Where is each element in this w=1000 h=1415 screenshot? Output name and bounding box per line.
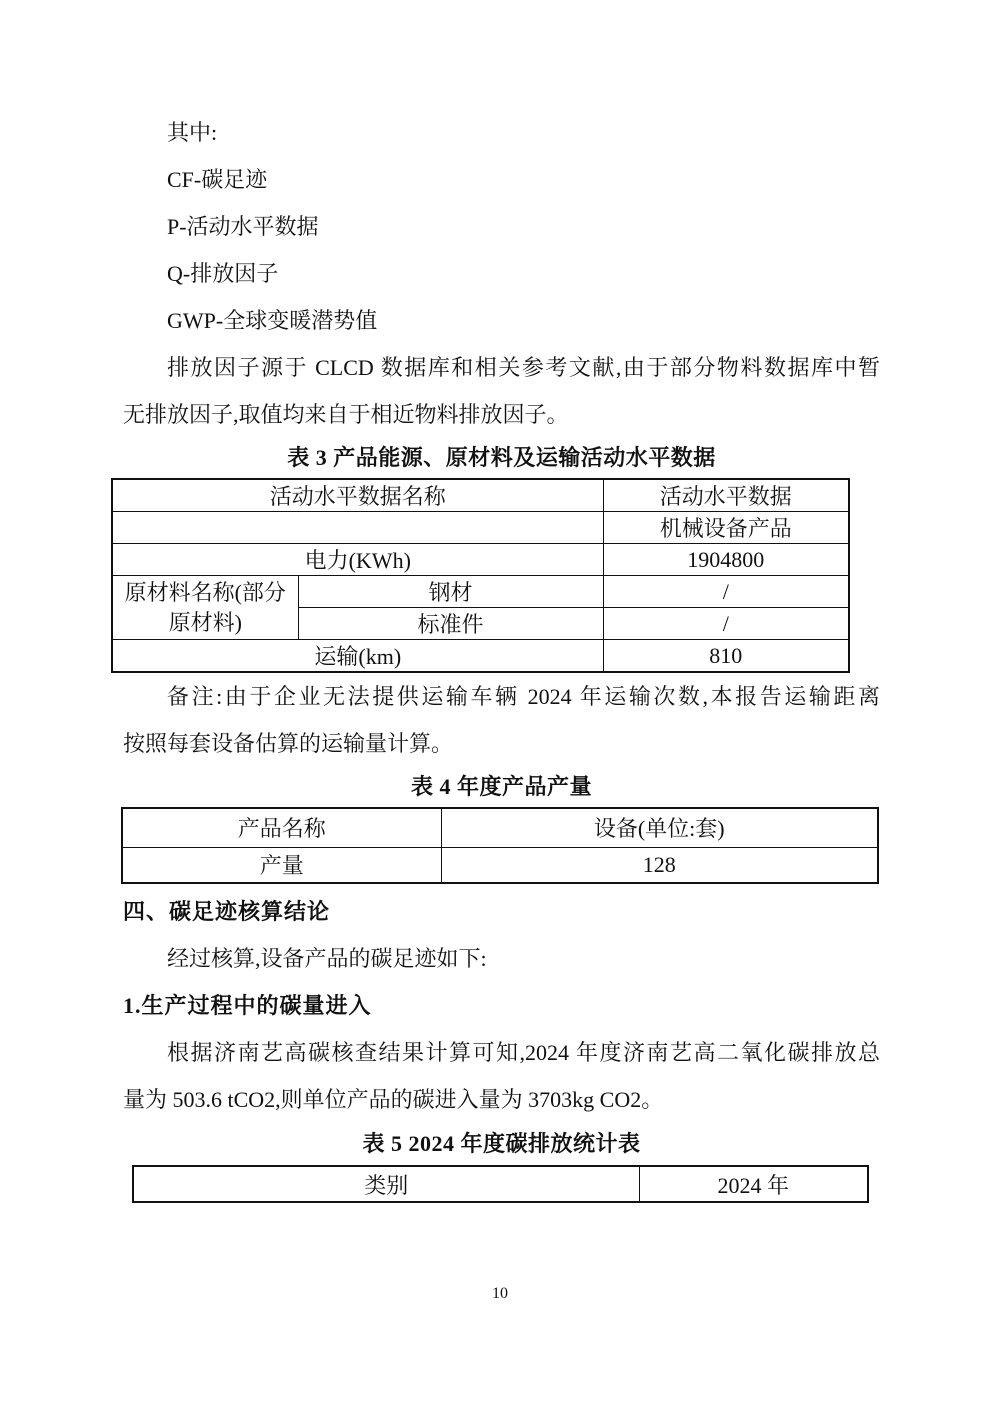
table4-equipment-header-cell: 设备(单位:套): [441, 808, 878, 847]
table3-product-header-cell: 机械设备产品: [603, 512, 849, 544]
table4-product-name-header-cell: 产品名称: [122, 808, 441, 847]
table3-activity-level-data: 活动水平数据名称 活动水平数据 机械设备产品 电力(KWh) 1904800 原…: [111, 478, 850, 673]
section4-sub1-heading: 1.生产过程中的碳量进入: [123, 982, 880, 1029]
table5-header-row: 类别 2024 年: [133, 1166, 868, 1202]
table4-output-label-cell: 产量: [122, 847, 441, 883]
emission-factor-paragraph-line2: 无排放因子,取值均来自于相近物料排放因子。: [123, 391, 880, 438]
table3-product-row: 机械设备产品: [112, 512, 849, 544]
table3-electricity-value-cell: 1904800: [603, 544, 849, 576]
table4-output-row: 产量 128: [122, 847, 878, 883]
table3-header-row: 活动水平数据名称 活动水平数据: [112, 479, 849, 512]
table3-steel-value-cell: /: [603, 576, 849, 608]
table5-caption: 表 5 2024 年度碳排放统计表: [123, 1123, 880, 1165]
table3-steel-label-cell: 钢材: [298, 576, 603, 608]
definition-q: Q-排放因子: [123, 250, 880, 297]
table3-steel-row: 原材料名称(部分原材料) 钢材 /: [112, 576, 849, 608]
emission-factor-paragraph-line1: 排放因子源于 CLCD 数据库和相关参考文献,由于部分物料数据库中暂: [123, 344, 880, 391]
table4-caption: 表 4 年度产品产量: [123, 767, 880, 807]
table3-empty-cell: [112, 512, 603, 544]
table3-header-data-cell: 活动水平数据: [603, 479, 849, 512]
document-page: 其中: CF-碳足迹 P-活动水平数据 Q-排放因子 GWP-全球变暖潜势值 排…: [0, 0, 1000, 1415]
page-number: 10: [0, 1284, 1000, 1304]
table3-header-name-cell: 活动水平数据名称: [112, 479, 603, 512]
definitions-lead: 其中:: [123, 109, 880, 156]
definition-p: P-活动水平数据: [123, 203, 880, 250]
table3-standard-parts-label-cell: 标准件: [298, 608, 603, 640]
definition-gwp: GWP-全球变暖潜势值: [123, 297, 880, 344]
table4-annual-product-output: 产品名称 设备(单位:套) 产量 128: [121, 807, 879, 884]
table3-electricity-row: 电力(KWh) 1904800: [112, 544, 849, 576]
table3-note-line2: 按照每套设备估算的运输量计算。: [123, 720, 880, 767]
section4-heading: 四、碳足迹核算结论: [123, 888, 880, 935]
table4-output-value-cell: 128: [441, 847, 878, 883]
section4-sub1-line1: 根据济南艺高碳核查结果计算可知,2024 年度济南艺高二氧化碳排放总: [123, 1029, 880, 1076]
table3-caption: 表 3 产品能源、原材料及运输活动水平数据: [123, 438, 880, 478]
table3-note-line1: 备注:由于企业无法提供运输车辆 2024 年运输次数,本报告运输距离: [123, 673, 880, 720]
table5-carbon-emission-statistics: 类别 2024 年: [132, 1165, 869, 1203]
table3-transport-value-cell: 810: [603, 640, 849, 673]
table5-category-header-cell: 类别: [133, 1166, 639, 1202]
table3-electricity-label-cell: 电力(KWh): [112, 544, 603, 576]
table3-materials-group-cell: 原材料名称(部分原材料): [112, 576, 298, 640]
table3-transport-label-cell: 运输(km): [112, 640, 603, 673]
table4-header-row: 产品名称 设备(单位:套): [122, 808, 878, 847]
definition-cf: CF-碳足迹: [123, 156, 880, 203]
table3-standard-parts-value-cell: /: [603, 608, 849, 640]
section4-sub1-line2: 量为 503.6 tCO2,则单位产品的碳进入量为 3703kg CO2。: [123, 1076, 880, 1123]
table5-year-header-cell: 2024 年: [639, 1166, 868, 1202]
table3-transport-row: 运输(km) 810: [112, 640, 849, 673]
section4-intro: 经过核算,设备产品的碳足迹如下:: [123, 935, 880, 982]
